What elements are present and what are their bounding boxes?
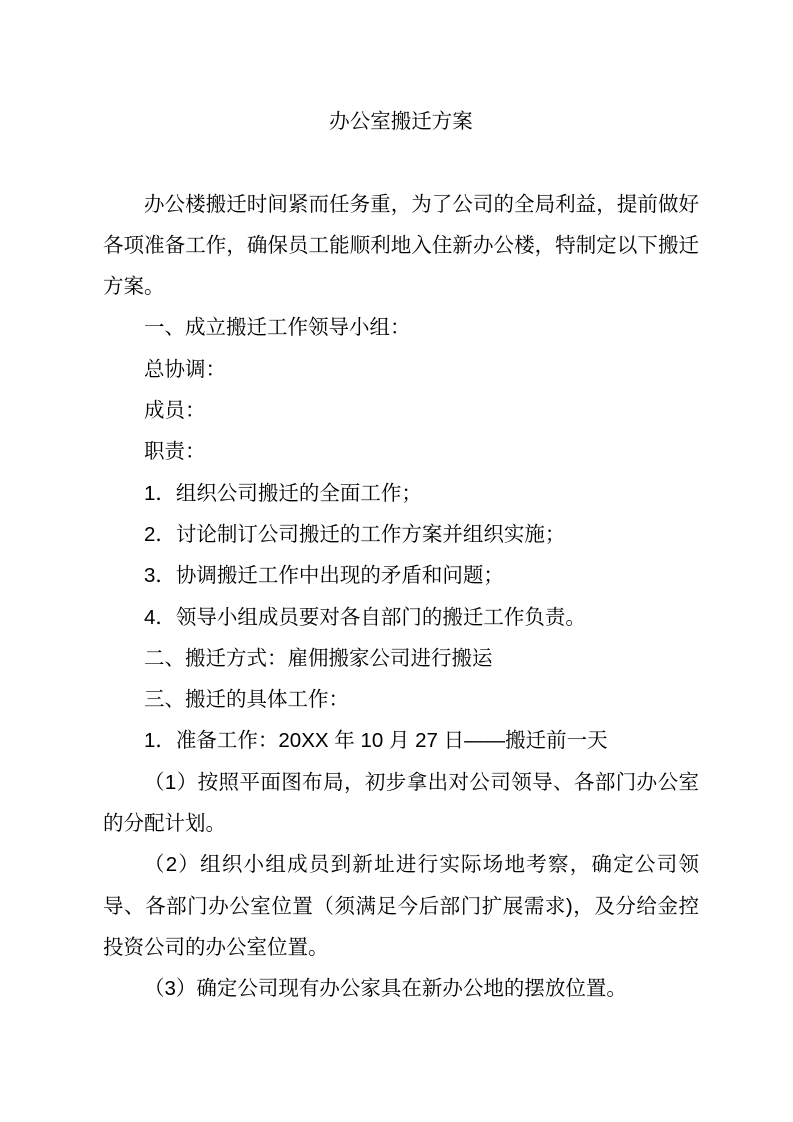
paragraph-duty-item-1: 1．组织公司搬迁的全面工作； <box>103 473 699 514</box>
paragraph-prep-item-1: （1）按照平面图布局，初步拿出对公司领导、各部门办公室的分配计划。 <box>103 762 699 845</box>
paragraph-prep-item-3: （3）确定公司现有办公家具在新办公地的摆放位置。 <box>103 968 699 1009</box>
paragraph-prep-item-2: （2）组织小组成员到新址进行实际场地考察，确定公司领导、各部门办公室位置（须满足… <box>103 844 699 968</box>
paragraph-coordinator: 总协调： <box>103 349 699 390</box>
paragraph-section-2-heading: 二、搬迁方式：雇佣搬家公司进行搬运 <box>103 638 699 679</box>
paragraph-section-1-heading: 一、成立搬迁工作领导小组： <box>103 307 699 348</box>
paragraph-members: 成员： <box>103 390 699 431</box>
document-page: 办公室搬迁方案 办公楼搬迁时间紧而任务重，为了公司的全局利益，提前做好各项准备工… <box>0 0 793 1122</box>
paragraph-section-3-heading: 三、搬迁的具体工作： <box>103 679 699 720</box>
paragraph-duty-item-4: 4．领导小组成员要对各自部门的搬迁工作负责。 <box>103 597 699 638</box>
paragraph-intro: 办公楼搬迁时间紧而任务重，为了公司的全局利益，提前做好各项准备工作，确保员工能顺… <box>103 184 699 308</box>
document-title: 办公室搬迁方案 <box>103 101 699 142</box>
document-content: 办公室搬迁方案 办公楼搬迁时间紧而任务重，为了公司的全局利益，提前做好各项准备工… <box>103 101 699 1010</box>
paragraph-duty-item-2: 2．讨论制订公司搬迁的工作方案并组织实施； <box>103 514 699 555</box>
paragraph-duty-item-3: 3．协调搬迁工作中出现的矛盾和问题； <box>103 555 699 596</box>
paragraph-duties: 职责： <box>103 431 699 472</box>
paragraph-prep-work: 1．准备工作：20XX 年 10 月 27 日——搬迁前一天 <box>103 720 699 761</box>
